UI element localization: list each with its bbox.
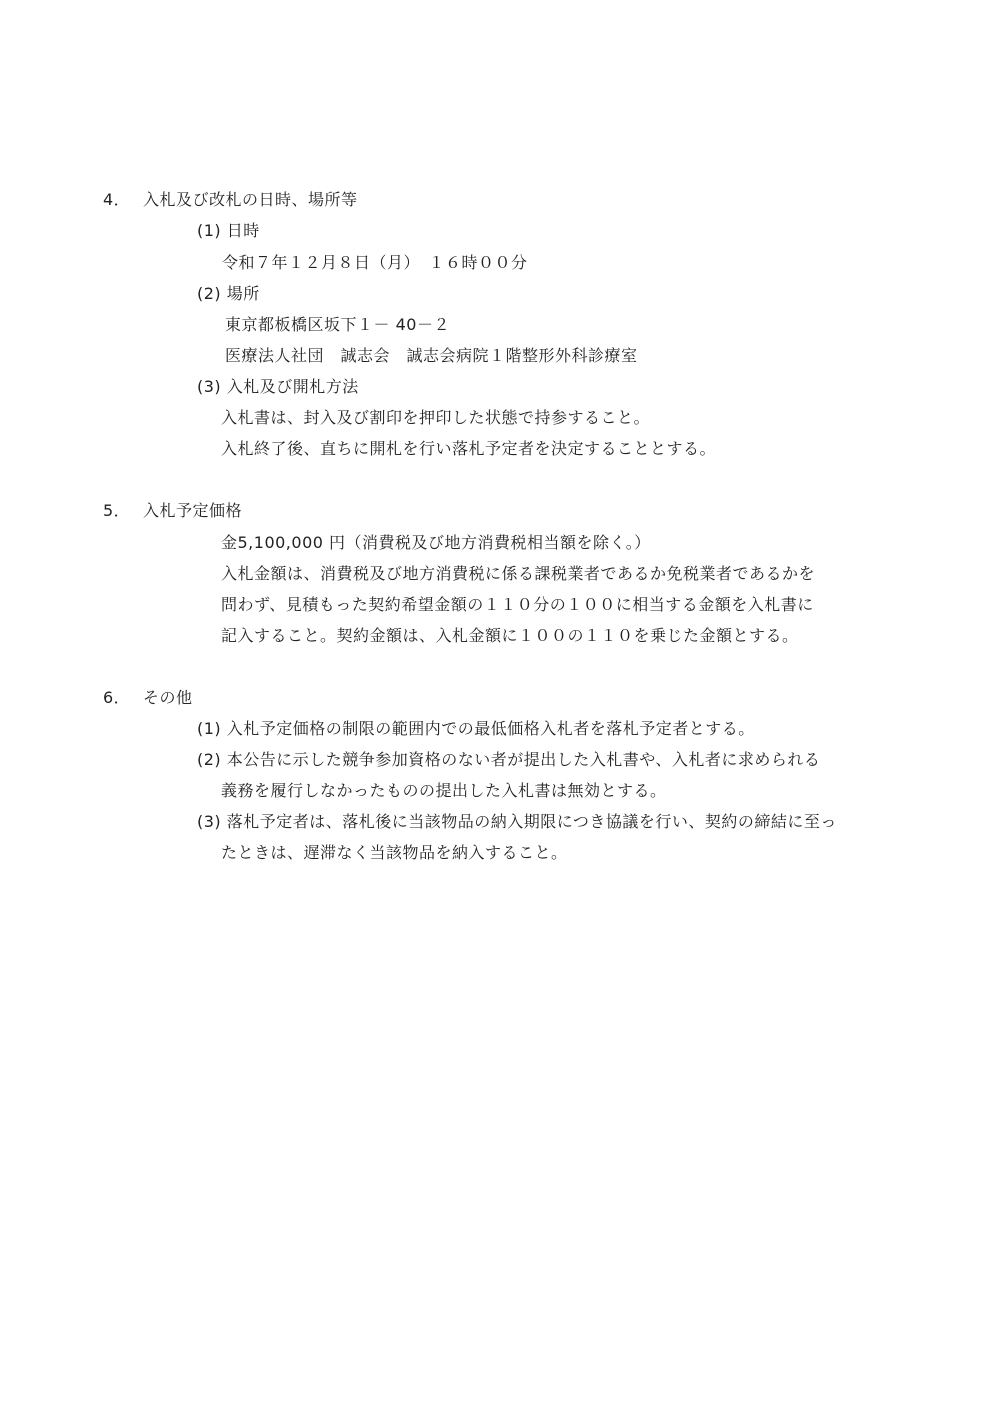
section-4-item-2-label: (2) 場所 bbox=[197, 284, 260, 304]
section-6-item-2-line-1: (2) 本公告に示した競争参加資格のない者が提出した入札書や、入札者に求められる bbox=[197, 750, 820, 770]
section-5-price: 金5,100,000 円（消費税及び地方消費税相当額を除く。） bbox=[221, 533, 651, 553]
section-6-item-2-line-2: 義務を履行しなかったものの提出した入札書は無効とする。 bbox=[221, 781, 667, 801]
section-4-item-3-label: (3) 入札及び開札方法 bbox=[197, 377, 359, 397]
section-4-heading: 入札及び改札の日時、場所等 bbox=[143, 190, 358, 210]
section-6-heading: その他 bbox=[143, 688, 193, 708]
section-4-item-2-address: 東京都板橋区坂下１－ 40－２ bbox=[225, 315, 450, 335]
section-5-line-3: 記入すること。契約金額は、入札金額に１００の１１０を乗じた金額とする。 bbox=[221, 626, 799, 646]
section-4-item-2-place: 医療法人社団 誠志会 誠志会病院１階整形外科診療室 bbox=[225, 346, 638, 366]
section-6-number: 6． bbox=[103, 688, 130, 708]
section-6-item-1: (1) 入札予定価格の制限の範囲内での最低価格入札者を落札予定者とする。 bbox=[197, 719, 755, 739]
section-6-item-3-line-2: たときは、遅滞なく当該物品を納入すること。 bbox=[221, 843, 568, 863]
section-4-number: 4． bbox=[103, 190, 130, 210]
section-4-item-3-line-2: 入札終了後、直ちに開札を行い落札予定者を決定することとする。 bbox=[221, 439, 716, 459]
section-4-item-1-value: 令和７年１２月８日（月） １６時００分 bbox=[222, 253, 528, 273]
section-5-number: 5． bbox=[103, 501, 130, 521]
section-4-item-1-label: (1) 日時 bbox=[197, 221, 260, 241]
section-5-line-1: 入札金額は、消費税及び地方消費税に係る課税業者であるか免税業者であるかを bbox=[221, 564, 815, 584]
section-6-item-3-line-1: (3) 落札予定者は、落札後に当該物品の納入期限につき協議を行い、契約の締結に至… bbox=[197, 812, 837, 832]
section-5-heading: 入札予定価格 bbox=[143, 501, 242, 521]
section-4-item-3-line-1: 入札書は、封入及び割印を押印した状態で持参すること。 bbox=[221, 408, 650, 428]
section-5-line-2: 問わず、見積もった契約希望金額の１１０分の１００に相当する金額を入札書に bbox=[221, 595, 814, 615]
